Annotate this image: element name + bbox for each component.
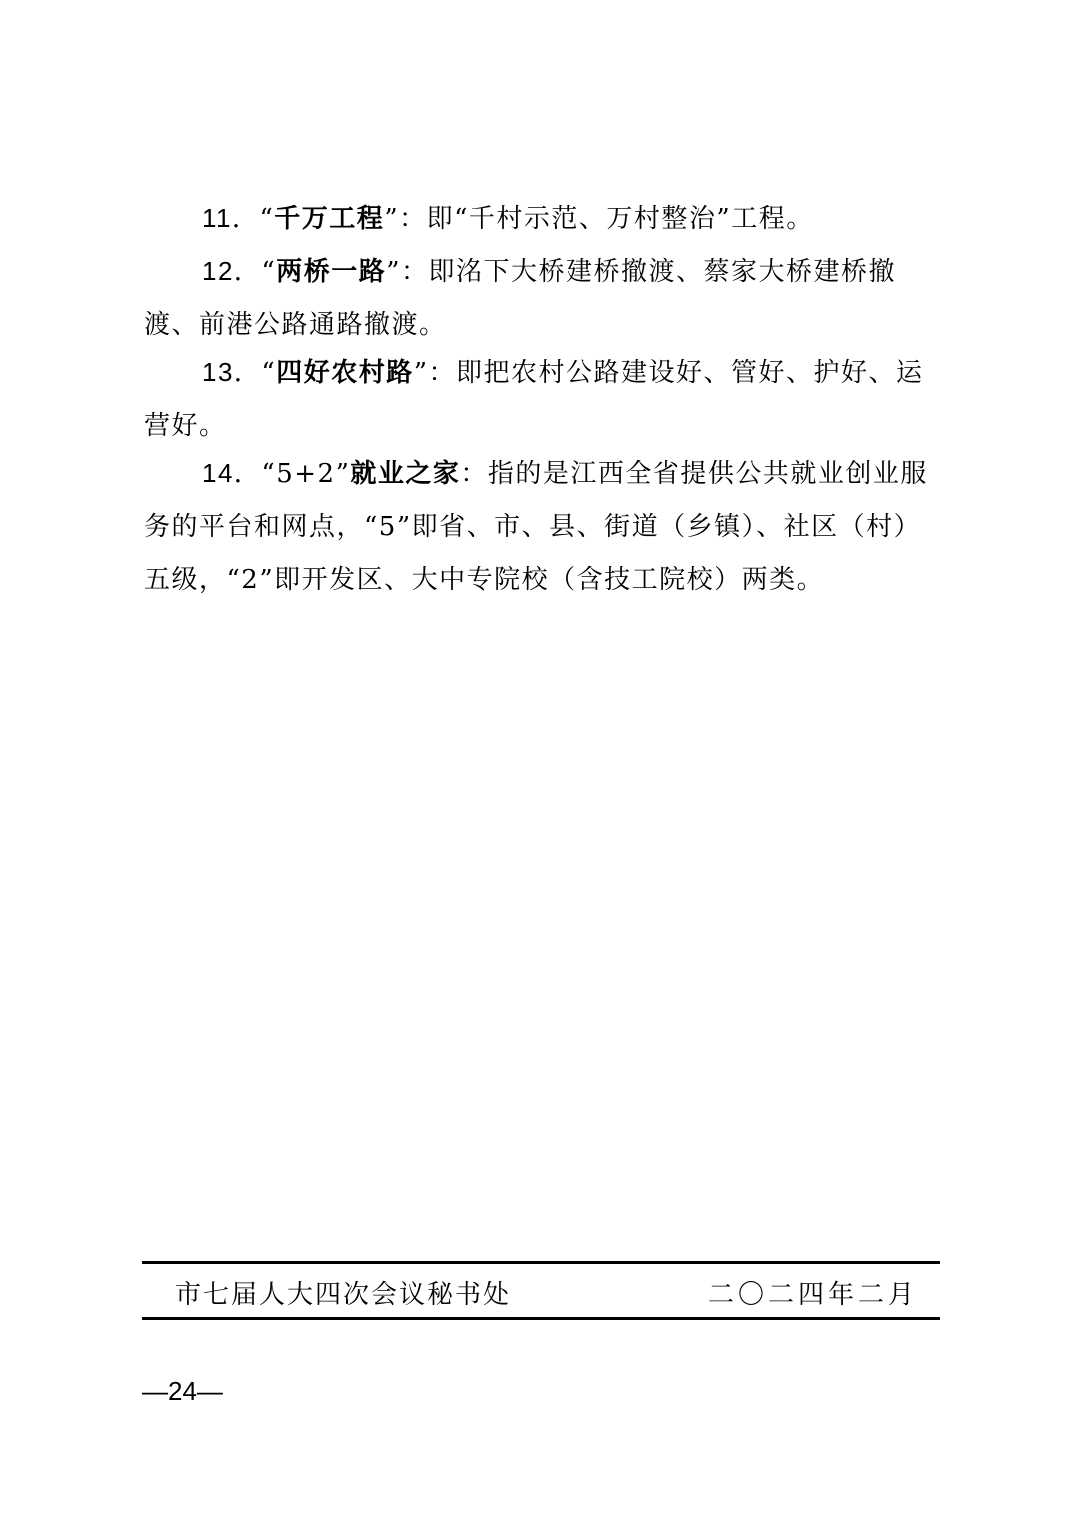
close-quote: ”： (414, 358, 456, 388)
term: 两桥一路 (276, 257, 386, 287)
definition: 即“千村示范、万村整治”工程。 (427, 204, 814, 234)
note-item-13: 13．“四好农村路”：即把农村公路建设好、管好、护好、运营好。 (144, 346, 944, 453)
open-quote: “5+2” (261, 459, 350, 489)
open-quote: “ (261, 358, 276, 388)
term: 千万工程 (274, 204, 384, 234)
open-quote: “ (260, 204, 275, 234)
issue-date: 二〇二四年二月 (708, 1274, 918, 1311)
term: 四好农村路 (276, 358, 414, 388)
note-item-12: 12．“两桥一路”：即洺下大桥建桥撤渡、蔡家大桥建桥撤渡、前港公路通路撤渡。 (144, 245, 944, 352)
item-number: 11． (202, 203, 260, 233)
item-number: 12． (202, 256, 261, 286)
item-number: 13． (202, 357, 261, 387)
term: 就业之家 (350, 459, 460, 489)
issuer: 市七届人大四次会议秘书处 (175, 1274, 511, 1311)
page-number: —24— (142, 1376, 223, 1407)
close-quote: ： (460, 459, 488, 489)
item-number: 14． (202, 458, 261, 488)
note-item-11: 11．“千万工程”：即“千村示范、万村整治”工程。 (144, 192, 944, 246)
close-quote: ”： (386, 257, 428, 287)
footer-bottom-rule (142, 1317, 940, 1320)
footer-top-rule (142, 1261, 940, 1264)
note-item-14: 14．“5+2”就业之家：指的是江西全省提供公共就业创业服务的平台和网点，“5”… (144, 447, 944, 607)
document-page: 11．“千万工程”：即“千村示范、万村整治”工程。 12．“两桥一路”：即洺下大… (0, 0, 1074, 1520)
open-quote: “ (261, 257, 276, 287)
close-quote: ”： (384, 204, 426, 234)
